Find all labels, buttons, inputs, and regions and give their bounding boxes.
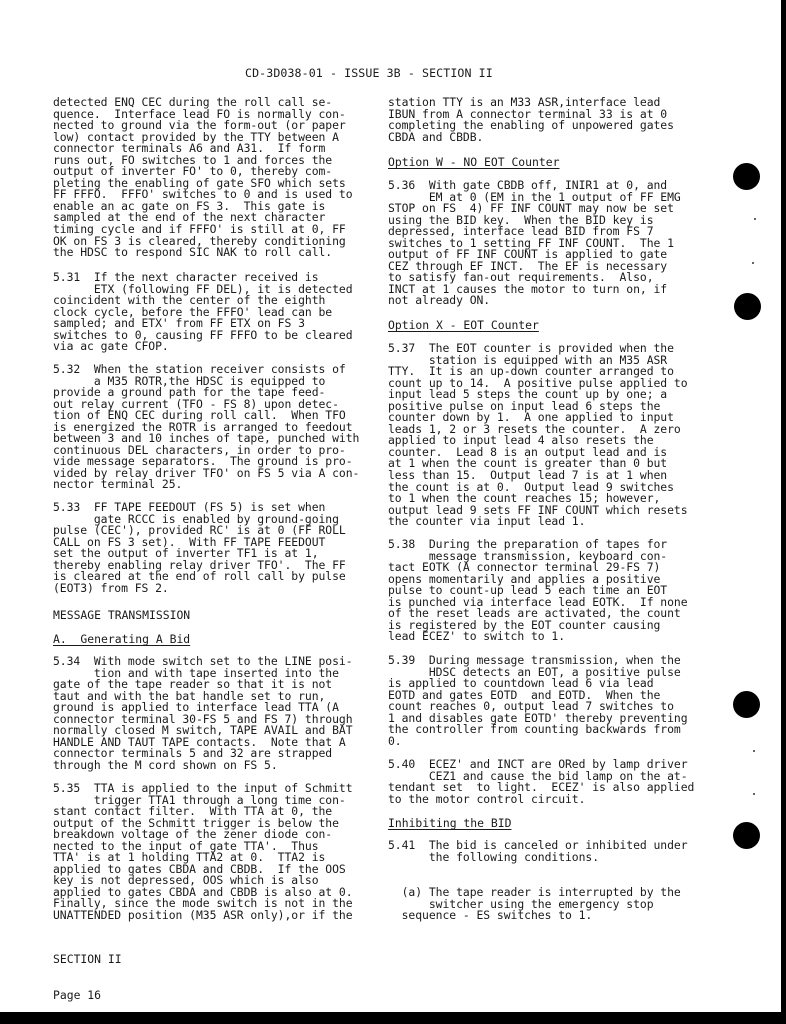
- paragraph-5-38: 5.38 During the preparation of tapes for…: [388, 539, 688, 643]
- paragraph-5-41: 5.41 The bid is canceled or inhibited un…: [388, 840, 688, 863]
- page-footer: SECTION II Page 16: [53, 929, 122, 1024]
- paragraph-5-36: 5.36 With gate CBDB off, INIR1 at 0, and…: [388, 180, 681, 307]
- paragraph-5-35: 5.35 TTA is applied to the input of Schm…: [53, 783, 353, 922]
- list-item-a: (a) The tape reader is interrupted by th…: [388, 887, 681, 922]
- heading-inhibiting-bid: Inhibiting the BID: [388, 816, 511, 830]
- scan-speck: [753, 793, 755, 795]
- punch-hole: [733, 822, 760, 849]
- paragraph-5-34: 5.34 With mode switch set to the LINE po…: [53, 656, 353, 771]
- paragraph-5-31: 5.31 If the next character received is E…: [53, 272, 353, 353]
- heading-option-w: Option W - NO EOT Counter: [388, 155, 559, 169]
- paragraph-5-33: 5.33 FF TAPE FEEDOUT (FS 5) is set when …: [53, 502, 346, 594]
- scan-speck: [754, 218, 756, 220]
- page-header: CD-3D038-01 - ISSUE 3B - SECTION II: [245, 66, 493, 80]
- paragraph-continuation: detected ENQ CEC during the roll call se…: [53, 97, 353, 259]
- paragraph-5-37: 5.37 The EOT counter is provided when th…: [388, 343, 688, 528]
- punch-hole: [733, 163, 760, 190]
- paragraph-5-40: 5.40 ECEZ' and INCT are ORed by lamp dri…: [388, 759, 694, 805]
- scan-border-right: [781, 0, 786, 1024]
- section-heading: MESSAGE TRANSMISSION: [53, 608, 190, 622]
- punch-hole: [733, 691, 760, 718]
- paragraph-5-32: 5.32 When the station receiver consists …: [53, 364, 359, 491]
- scan-speck: [752, 262, 754, 264]
- punch-hole: [734, 293, 761, 320]
- scan-speck: [753, 750, 755, 752]
- subheading-generating-bid: A. Generating A Bid: [53, 632, 190, 646]
- paragraph-continuation-right: station TTY is an M33 ASR,interface lead…: [388, 97, 674, 143]
- footer-section: SECTION II: [53, 953, 122, 965]
- footer-page-number: Page 16: [53, 989, 122, 1001]
- paragraph-5-39: 5.39 During message transmission, when t…: [388, 655, 688, 747]
- heading-option-x: Option X - EOT Counter: [388, 318, 539, 332]
